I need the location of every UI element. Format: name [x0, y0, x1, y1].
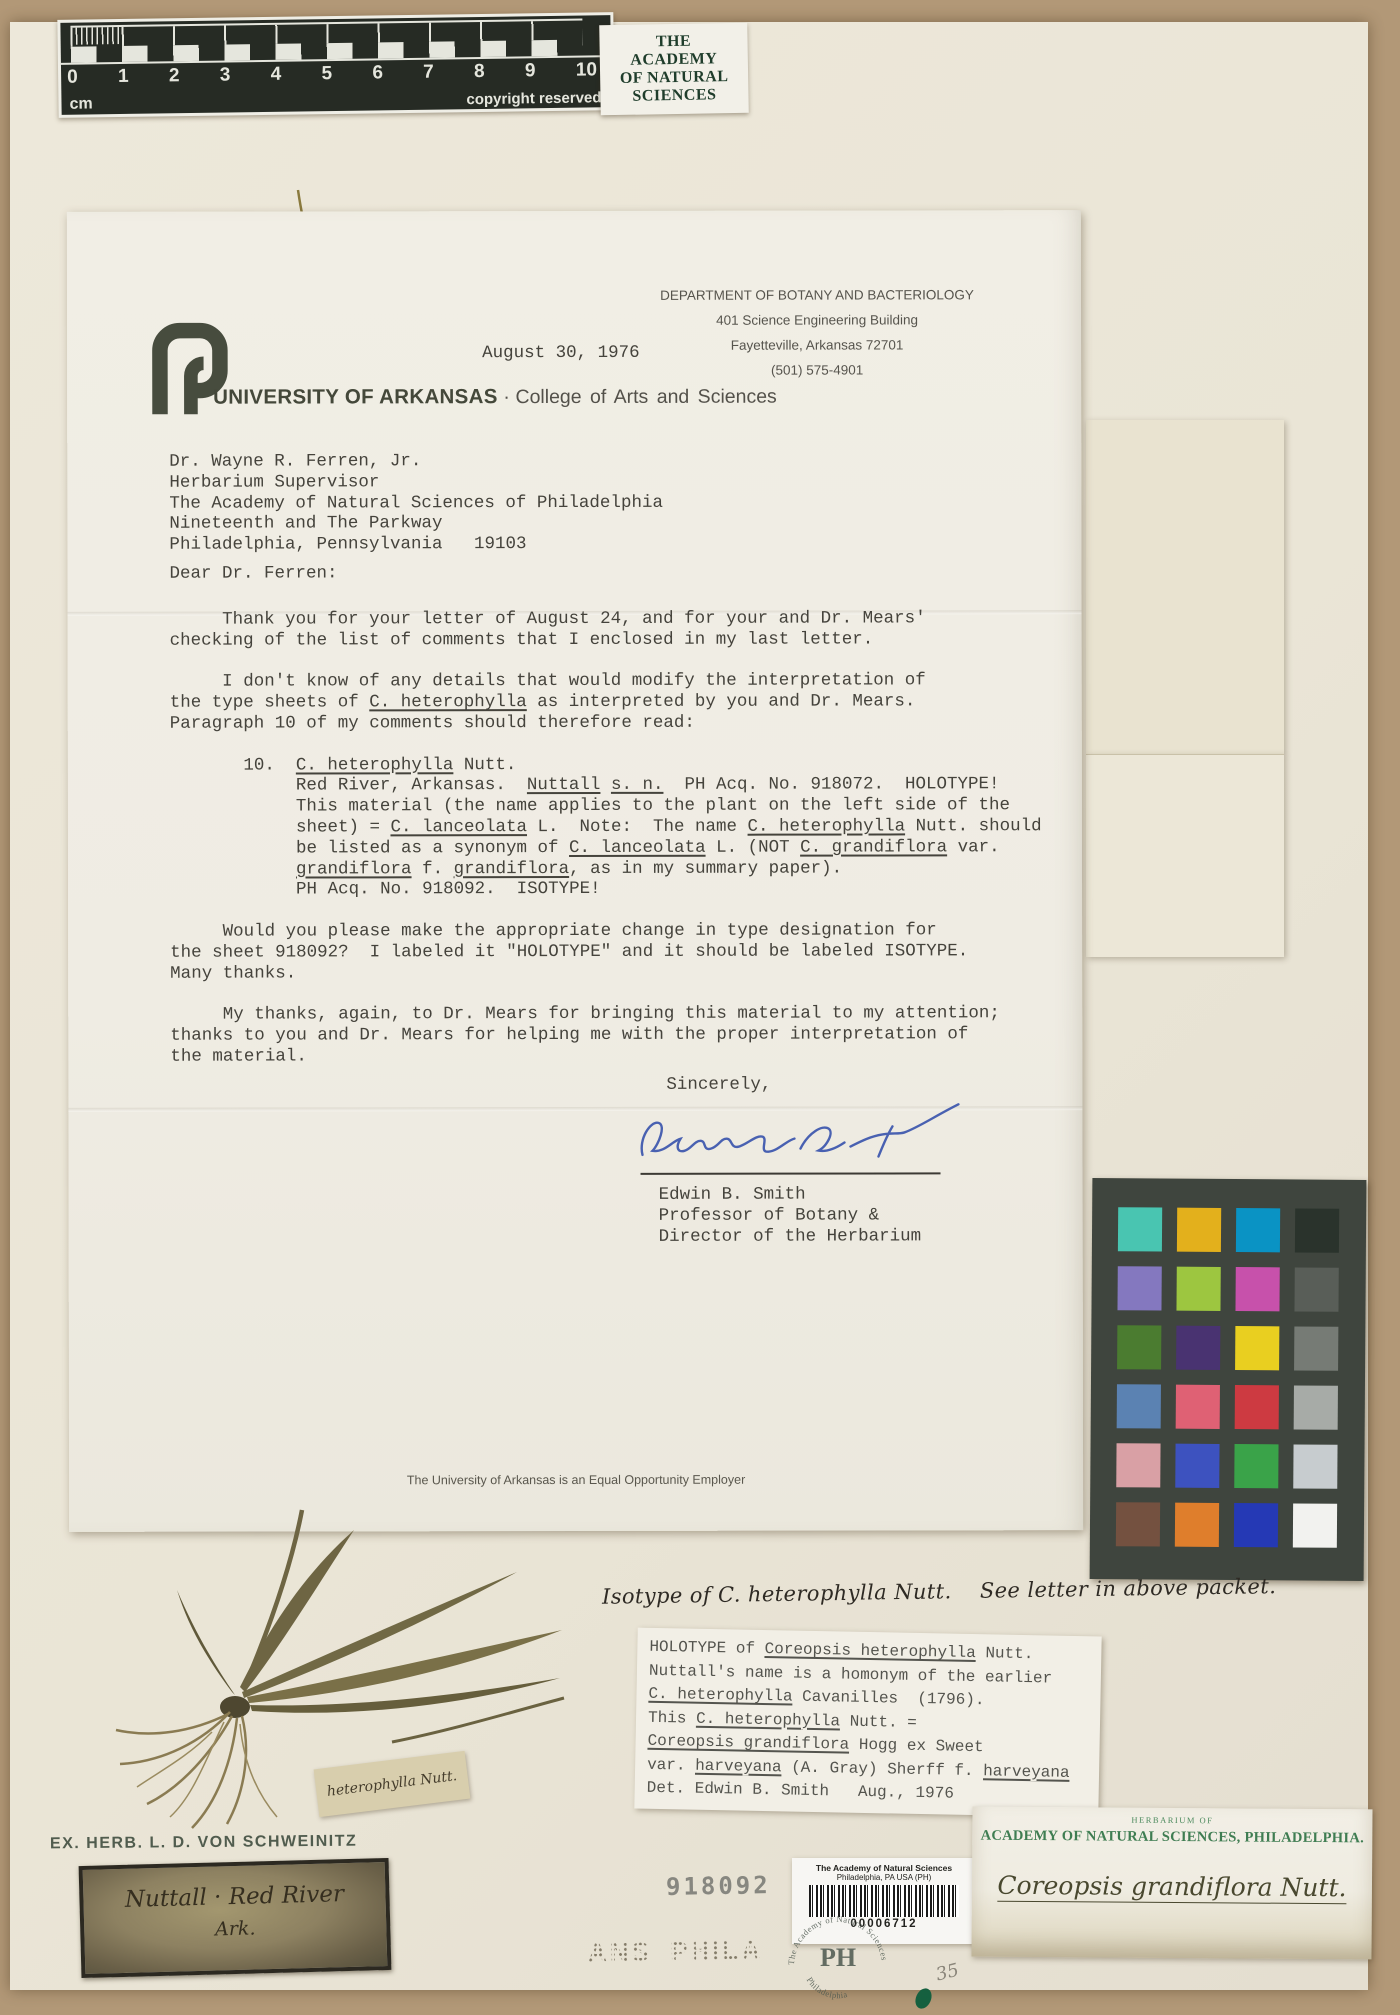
color-swatch	[1118, 1207, 1162, 1251]
color-swatch	[1294, 1326, 1338, 1370]
color-swatch	[1293, 1444, 1337, 1488]
university-name: UNIVERSITY OF ARKANSAS	[213, 385, 498, 408]
color-swatch	[1176, 1385, 1220, 1429]
signer-block: Edwin B. SmithProfessor of Botany &Direc…	[659, 1184, 922, 1247]
barcode-location: Philadelphia, PA USA (PH)	[792, 1873, 976, 1882]
svg-text:PH: PH	[820, 1943, 856, 1972]
letterhead-wordmark: UNIVERSITY OF ARKANSAS · College of Arts…	[213, 385, 777, 410]
species-handwriting: Coreopsis grandiflora Nutt.	[972, 1871, 1372, 1903]
color-swatch	[1235, 1385, 1279, 1429]
letter: DEPARTMENT OF BOTANY AND BACTERIOLOGY401…	[67, 210, 1083, 1532]
signature	[628, 1096, 968, 1177]
color-swatch	[1177, 1208, 1221, 1252]
color-swatch	[1117, 1384, 1161, 1428]
color-swatch	[1117, 1266, 1161, 1310]
letter-body: Thank you for your letter of August 24, …	[170, 608, 1042, 1067]
letterhead-department: DEPARTMENT OF BOTANY AND BACTERIOLOGY401…	[582, 282, 1052, 383]
color-swatch	[1117, 1325, 1161, 1369]
scale-bar: 012345678910 cm copyright reserved	[60, 15, 611, 115]
accession-number: 918092	[666, 1871, 771, 1901]
color-swatch	[1116, 1502, 1160, 1546]
color-swatch	[1116, 1443, 1160, 1487]
academy-label-title: ACADEMY OF NATURAL SCIENCES, PHILADELPHI…	[972, 1828, 1372, 1848]
nuttall-red-river-label: Nuttall · Red River Ark.	[79, 1858, 392, 1978]
herbarium-of-text: HERBARIUM OF	[972, 1814, 1372, 1827]
schweinitz-stamp: EX. HERB. L. D. VON SCHWEINITZ	[50, 1833, 357, 1854]
color-swatch	[1234, 1503, 1278, 1547]
letter-closing: Sincerely,	[666, 1075, 771, 1096]
recipient-address: Dr. Wayne R. Ferren, Jr.Herbarium Superv…	[169, 451, 663, 556]
college-name: College of Arts and Sciences	[515, 386, 776, 408]
salutation: Dear Dr. Ferren:	[169, 563, 337, 584]
color-swatch	[1175, 1444, 1219, 1488]
specimen-packet-bottom	[1086, 754, 1284, 957]
specimen-board: 012345678910 cm copyright reserved THEAC…	[0, 0, 1400, 2015]
letter-date: August 30, 1976	[482, 343, 640, 364]
scale-bar-card: 012345678910 cm copyright reserved	[57, 12, 614, 118]
specimen-packet-top	[1086, 420, 1284, 754]
color-swatch	[1236, 1208, 1280, 1252]
color-calibration-card	[1090, 1178, 1367, 1581]
letter-footer: The University of Arkansas is an Equal O…	[69, 1472, 1083, 1488]
herbarium-label: HERBARIUM OF ACADEMY OF NATURAL SCIENCES…	[971, 1807, 1372, 1960]
barcode-org: The Academy of Natural Sciences	[792, 1863, 976, 1873]
ph-circular-stamp: The Academy of Natural Sciences Philadel…	[768, 1908, 908, 2013]
color-swatch	[1235, 1267, 1279, 1311]
color-swatch	[1294, 1267, 1338, 1311]
color-swatch	[1234, 1444, 1278, 1488]
academy-tag: THEACADEMYOF NATURALSCIENCES	[599, 23, 749, 116]
color-swatch	[1176, 1326, 1220, 1370]
scale-unit: cm	[69, 95, 92, 113]
color-swatch	[1175, 1503, 1219, 1547]
color-swatch	[1176, 1267, 1220, 1311]
color-swatch	[1295, 1208, 1339, 1252]
color-swatch	[1293, 1503, 1337, 1547]
holotype-label: HOLOTYPE of Coreopsis heterophylla Nutt.…	[634, 1628, 1101, 1817]
ans-phila-perforation-stamp: ANS PHILA	[588, 1934, 764, 1968]
color-swatch	[1294, 1385, 1338, 1429]
copyright-text: copyright reserved	[466, 89, 601, 108]
svg-text:Philadelphia: Philadelphia	[805, 1975, 849, 2000]
color-swatch	[1235, 1326, 1279, 1370]
